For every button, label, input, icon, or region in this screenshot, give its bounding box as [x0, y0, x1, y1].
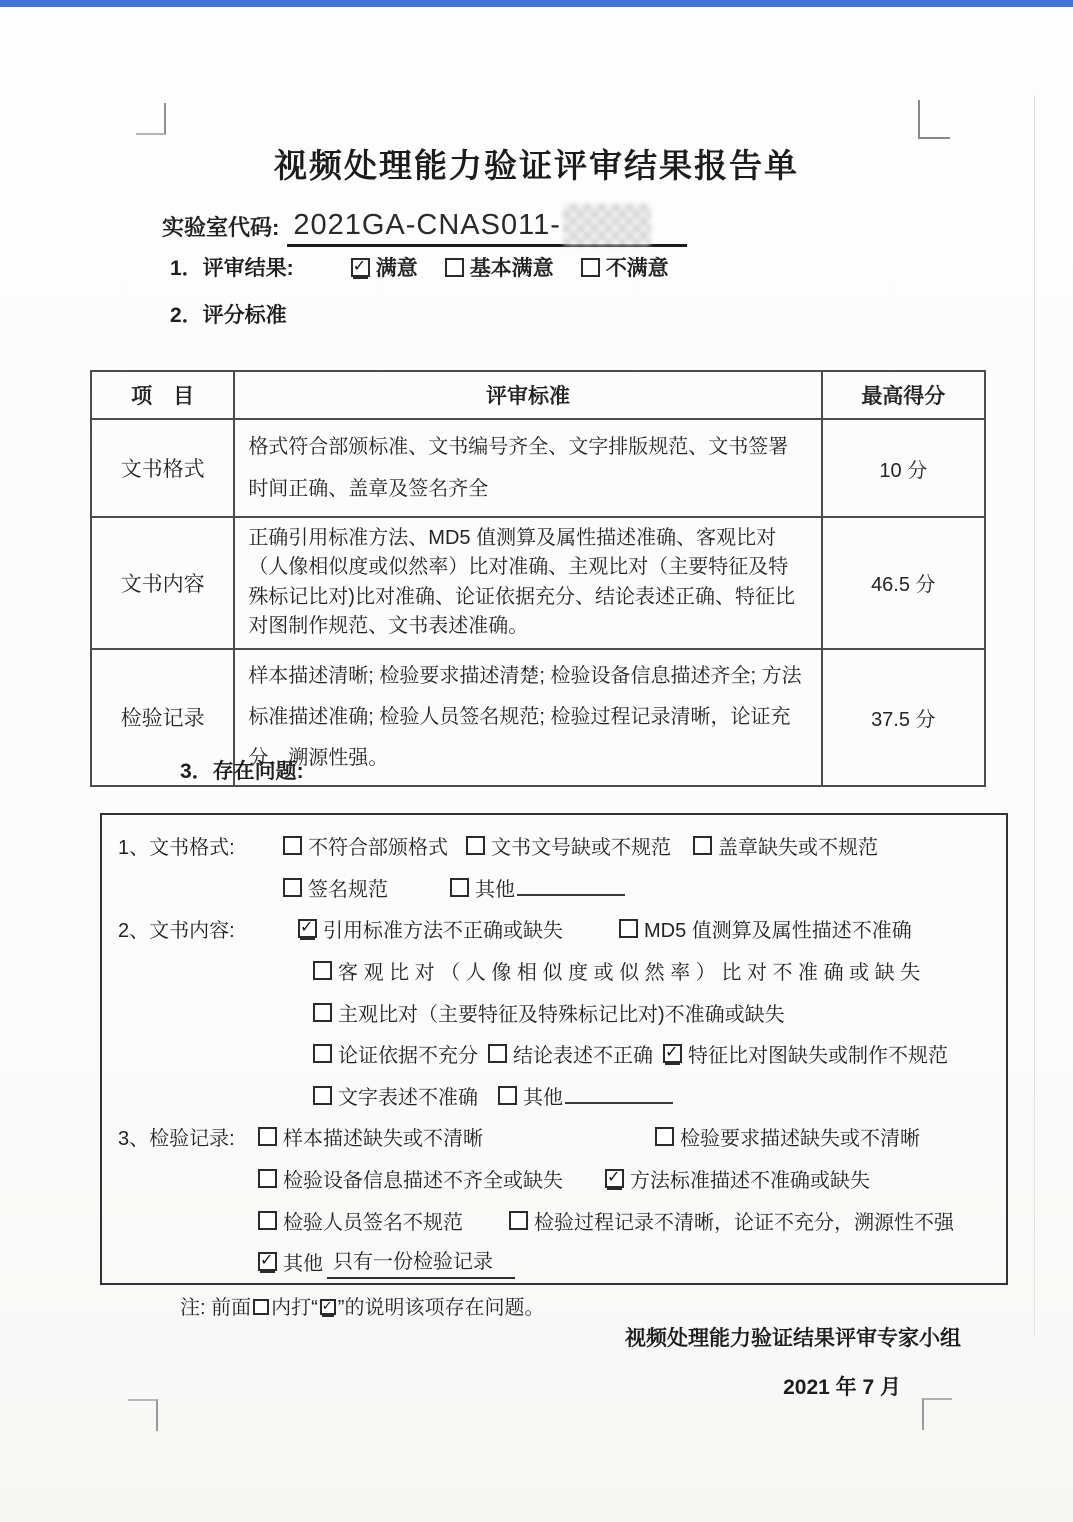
problem-line: 文字表述不准确其他 [118, 1075, 998, 1117]
table-header-row: 项 目评审标准最高得分 [91, 371, 985, 419]
problem-item-label: 其他 [283, 1247, 323, 1276]
problem-item-label: 检验要求描述缺失或不清晰 [680, 1122, 920, 1151]
review-result-label: 1．评审结果: [170, 252, 294, 282]
crop-mark-bottom-right [922, 1398, 952, 1430]
problem-item: 检验要求描述缺失或不清晰 [655, 1122, 920, 1151]
problem-line: 客 观 比 对 （ 人 像 相 似 度 或 似 然 率 ） 比 对 不 准 确 … [118, 950, 998, 992]
checkbox-icon [693, 836, 712, 855]
problem-category-label: 1、文书格式: [118, 831, 258, 860]
criteria-cell: 格式符合部颁标准、文书编号齐全、文字排版规范、文书签署时间正确、盖章及签名齐全 [234, 419, 821, 517]
review-option: 基本满意 [445, 252, 554, 282]
max-score-cell: 46.5 分 [822, 517, 985, 649]
checkbox-icon [450, 878, 469, 897]
checkbox-checked-icon [663, 1044, 682, 1063]
problem-line: 2、文书内容:引用标准方法不正确或缺失MD5 值测算及属性描述不准确 [118, 908, 998, 950]
checkbox-checked-icon [258, 1252, 277, 1271]
problem-item-label: 检验设备信息描述不齐全或缺失 [283, 1164, 563, 1193]
review-option: 满意 [351, 252, 418, 282]
checkbox-icon [313, 1044, 332, 1063]
problem-item: 检验人员签名不规范 [258, 1206, 463, 1235]
checkbox-icon [619, 919, 638, 938]
problem-line: 3、检验记录:样本描述缺失或不清晰检验要求描述缺失或不清晰 [118, 1116, 998, 1158]
problem-line: 1、文书格式:不符合部颁格式文书文号缺或不规范盖章缺失或不规范 [118, 825, 998, 867]
problem-item-label: 检验人员签名不规范 [283, 1206, 463, 1235]
checkbox-icon [313, 1003, 332, 1022]
redacted-mosaic [563, 204, 651, 246]
lab-code-value: 2021GA-CNAS011- [293, 209, 561, 242]
review-option-label: 基本满意 [470, 252, 554, 282]
checkbox-icon [498, 1086, 517, 1105]
problem-item: 其他 [498, 1081, 673, 1110]
problem-item: 盖章缺失或不规范 [693, 831, 878, 860]
problem-item-label: 盖章缺失或不规范 [718, 831, 878, 860]
problem-item: 其他 [450, 873, 625, 902]
problem-item: 特征比对图缺失或制作不规范 [663, 1039, 948, 1068]
checkbox-icon [283, 836, 302, 855]
problem-category-label: 3、检验记录: [118, 1122, 258, 1151]
problem-item-label: 样本描述缺失或不清晰 [283, 1122, 483, 1151]
review-option-label: 满意 [376, 252, 418, 282]
problem-item-label: 签名规范 [308, 873, 388, 902]
checkbox-icon [313, 961, 332, 980]
checkbox-icon [283, 878, 302, 897]
review-result-options: 满意基本满意不满意 [351, 252, 696, 282]
page-edge-shadow [1034, 95, 1035, 1335]
problem-item-label: 其他 [523, 1081, 563, 1110]
signature-group: 视频处理能力验证结果评审专家小组 [625, 1322, 961, 1352]
table-row: 文书格式格式符合部颁标准、文书编号齐全、文字排版规范、文书签署时间正确、盖章及签… [91, 419, 985, 517]
problems-section-label: 3．存在问题: [180, 755, 304, 785]
scoring-section-label: 2．评分标准 [170, 299, 287, 329]
checkbox-checked-icon [605, 1169, 624, 1188]
problem-line: 其他只有一份检验记录 [118, 1241, 998, 1283]
max-score-cell: 37.5 分 [822, 649, 985, 786]
problem-line: 主观比对（主要特征及特殊标记比对)不准确或缺失 [118, 991, 998, 1033]
review-option: 不满意 [581, 252, 669, 282]
problem-category-label: 2、文书内容: [118, 914, 258, 943]
table-header-cell: 最高得分 [822, 371, 985, 419]
footnote-text: 内打“ [271, 1297, 318, 1319]
checkbox-icon [581, 258, 600, 277]
scoring-criteria-table: 项 目评审标准最高得分文书格式格式符合部颁标准、文书编号齐全、文字排版规范、文书… [90, 370, 986, 787]
problem-line: 检验人员签名不规范检验过程记录不清晰，论证不充分，溯源性不强 [118, 1199, 998, 1241]
crop-mark-top-left [136, 103, 166, 135]
problem-item: 引用标准方法不正确或缺失 [298, 914, 563, 943]
crop-mark-top-right [918, 100, 950, 139]
problem-line: 检验设备信息描述不齐全或缺失方法标准描述不准确或缺失 [118, 1158, 998, 1200]
checkbox-icon [655, 1127, 674, 1146]
problem-item-label: 不符合部颁格式 [308, 831, 448, 860]
checkbox-icon [466, 836, 485, 855]
problem-item-label: 其他 [475, 873, 515, 902]
problem-item: 方法标准描述不准确或缺失 [605, 1164, 870, 1193]
checkbox-icon [488, 1044, 507, 1063]
table-header-cell: 项 目 [91, 371, 234, 419]
lab-code-underline: 2021GA-CNAS011- [287, 204, 687, 247]
problem-item: 其他只有一份检验记录 [258, 1245, 515, 1279]
table-header-cell: 评审标准 [234, 371, 821, 419]
problem-line: 签名规范其他 [118, 867, 998, 909]
footnote-text: ”的说明该项存在问题。 [338, 1297, 545, 1319]
checkbox-icon [445, 258, 464, 277]
problem-item: 结论表述不正确 [488, 1039, 653, 1068]
handfilled-text: 只有一份检验记录 [327, 1245, 515, 1279]
problem-item-label: 论证依据不充分 [338, 1039, 478, 1068]
blank-underline [565, 1086, 673, 1104]
problem-item-label: 检验过程记录不清晰，论证不充分，溯源性不强 [534, 1206, 954, 1235]
table-row: 文书内容正确引用标准方法、MD5 值测算及属性描述准确、客观比对（人像相似度或似… [91, 517, 985, 649]
problem-item-label: 特征比对图缺失或制作不规范 [688, 1039, 948, 1068]
problem-item-label: 文字表述不准确 [338, 1081, 478, 1110]
checkbox-icon [313, 1086, 332, 1105]
problem-item: 论证依据不充分 [313, 1039, 478, 1068]
problem-item: MD5 值测算及属性描述不准确 [619, 914, 912, 943]
problems-box: 1、文书格式:不符合部颁格式文书文号缺或不规范盖章缺失或不规范签名规范其他2、文… [100, 813, 1008, 1285]
problem-item-label: MD5 值测算及属性描述不准确 [644, 914, 912, 943]
checkbox-checked-icon [298, 919, 317, 938]
problem-item: 不符合部颁格式 [283, 831, 448, 860]
checkbox-icon [509, 1211, 528, 1230]
problem-item: 主观比对（主要特征及特殊标记比对)不准确或缺失 [313, 998, 785, 1027]
problem-item-label: 方法标准描述不准确或缺失 [630, 1164, 870, 1193]
problem-item: 文书文号缺或不规范 [466, 831, 671, 860]
problem-item: 签名规范 [283, 873, 388, 902]
checkbox-icon [258, 1169, 277, 1188]
lab-code-line: 实验室代码: 2021GA-CNAS011- [162, 204, 687, 247]
signature-date: 2021 年 7 月 [783, 1371, 901, 1401]
problem-item-label: 文书文号缺或不规范 [491, 831, 671, 860]
review-option-label: 不满意 [606, 252, 669, 282]
problem-item: 客 观 比 对 （ 人 像 相 似 度 或 似 然 率 ） 比 对 不 准 确 … [313, 956, 920, 985]
problem-item-label: 引用标准方法不正确或缺失 [323, 914, 563, 943]
checkbox-icon [258, 1211, 277, 1230]
problem-item-label: 结论表述不正确 [513, 1039, 653, 1068]
checkbox-checked-icon [320, 1299, 336, 1315]
problem-item-label: 客 观 比 对 （ 人 像 相 似 度 或 似 然 率 ） 比 对 不 准 确 … [338, 956, 920, 985]
lab-code-label: 实验室代码: [162, 211, 279, 247]
problem-item: 文字表述不准确 [313, 1081, 478, 1110]
criteria-cell: 正确引用标准方法、MD5 值测算及属性描述准确、客观比对（人像相似度或似然率）比… [234, 517, 821, 649]
blank-underline [517, 878, 625, 896]
page-title: 视频处理能力验证评审结果报告单 [0, 140, 1073, 187]
max-score-cell: 10 分 [822, 419, 985, 517]
item-cell: 文书格式 [91, 419, 234, 517]
criteria-cell: 样本描述清晰; 检验要求描述清楚; 检验设备信息描述齐全; 方法标准描述准确; … [234, 649, 821, 786]
problem-line: 论证依据不充分结论表述不正确特征比对图缺失或制作不规范 [118, 1033, 998, 1075]
footnote: 注: 前面内打“”的说明该项存在问题。 [180, 1291, 544, 1320]
top-edge-bar [0, 0, 1073, 7]
document-page: 视频处理能力验证评审结果报告单 实验室代码: 2021GA-CNAS011- 1… [0, 0, 1073, 1522]
problem-item: 检验过程记录不清晰，论证不充分，溯源性不强 [509, 1206, 954, 1235]
checkbox-icon [258, 1127, 277, 1146]
checkbox-icon [253, 1299, 269, 1315]
item-cell: 文书内容 [91, 517, 234, 649]
footnote-text: 注: 前面 [180, 1297, 251, 1319]
checkbox-checked-icon [351, 258, 370, 277]
crop-mark-bottom-left [128, 1399, 158, 1431]
problem-item: 样本描述缺失或不清晰 [258, 1122, 483, 1151]
problem-item: 检验设备信息描述不齐全或缺失 [258, 1164, 563, 1193]
review-result-row: 1．评审结果: 满意基本满意不满意 [170, 252, 696, 282]
problem-item-label: 主观比对（主要特征及特殊标记比对)不准确或缺失 [338, 998, 785, 1027]
